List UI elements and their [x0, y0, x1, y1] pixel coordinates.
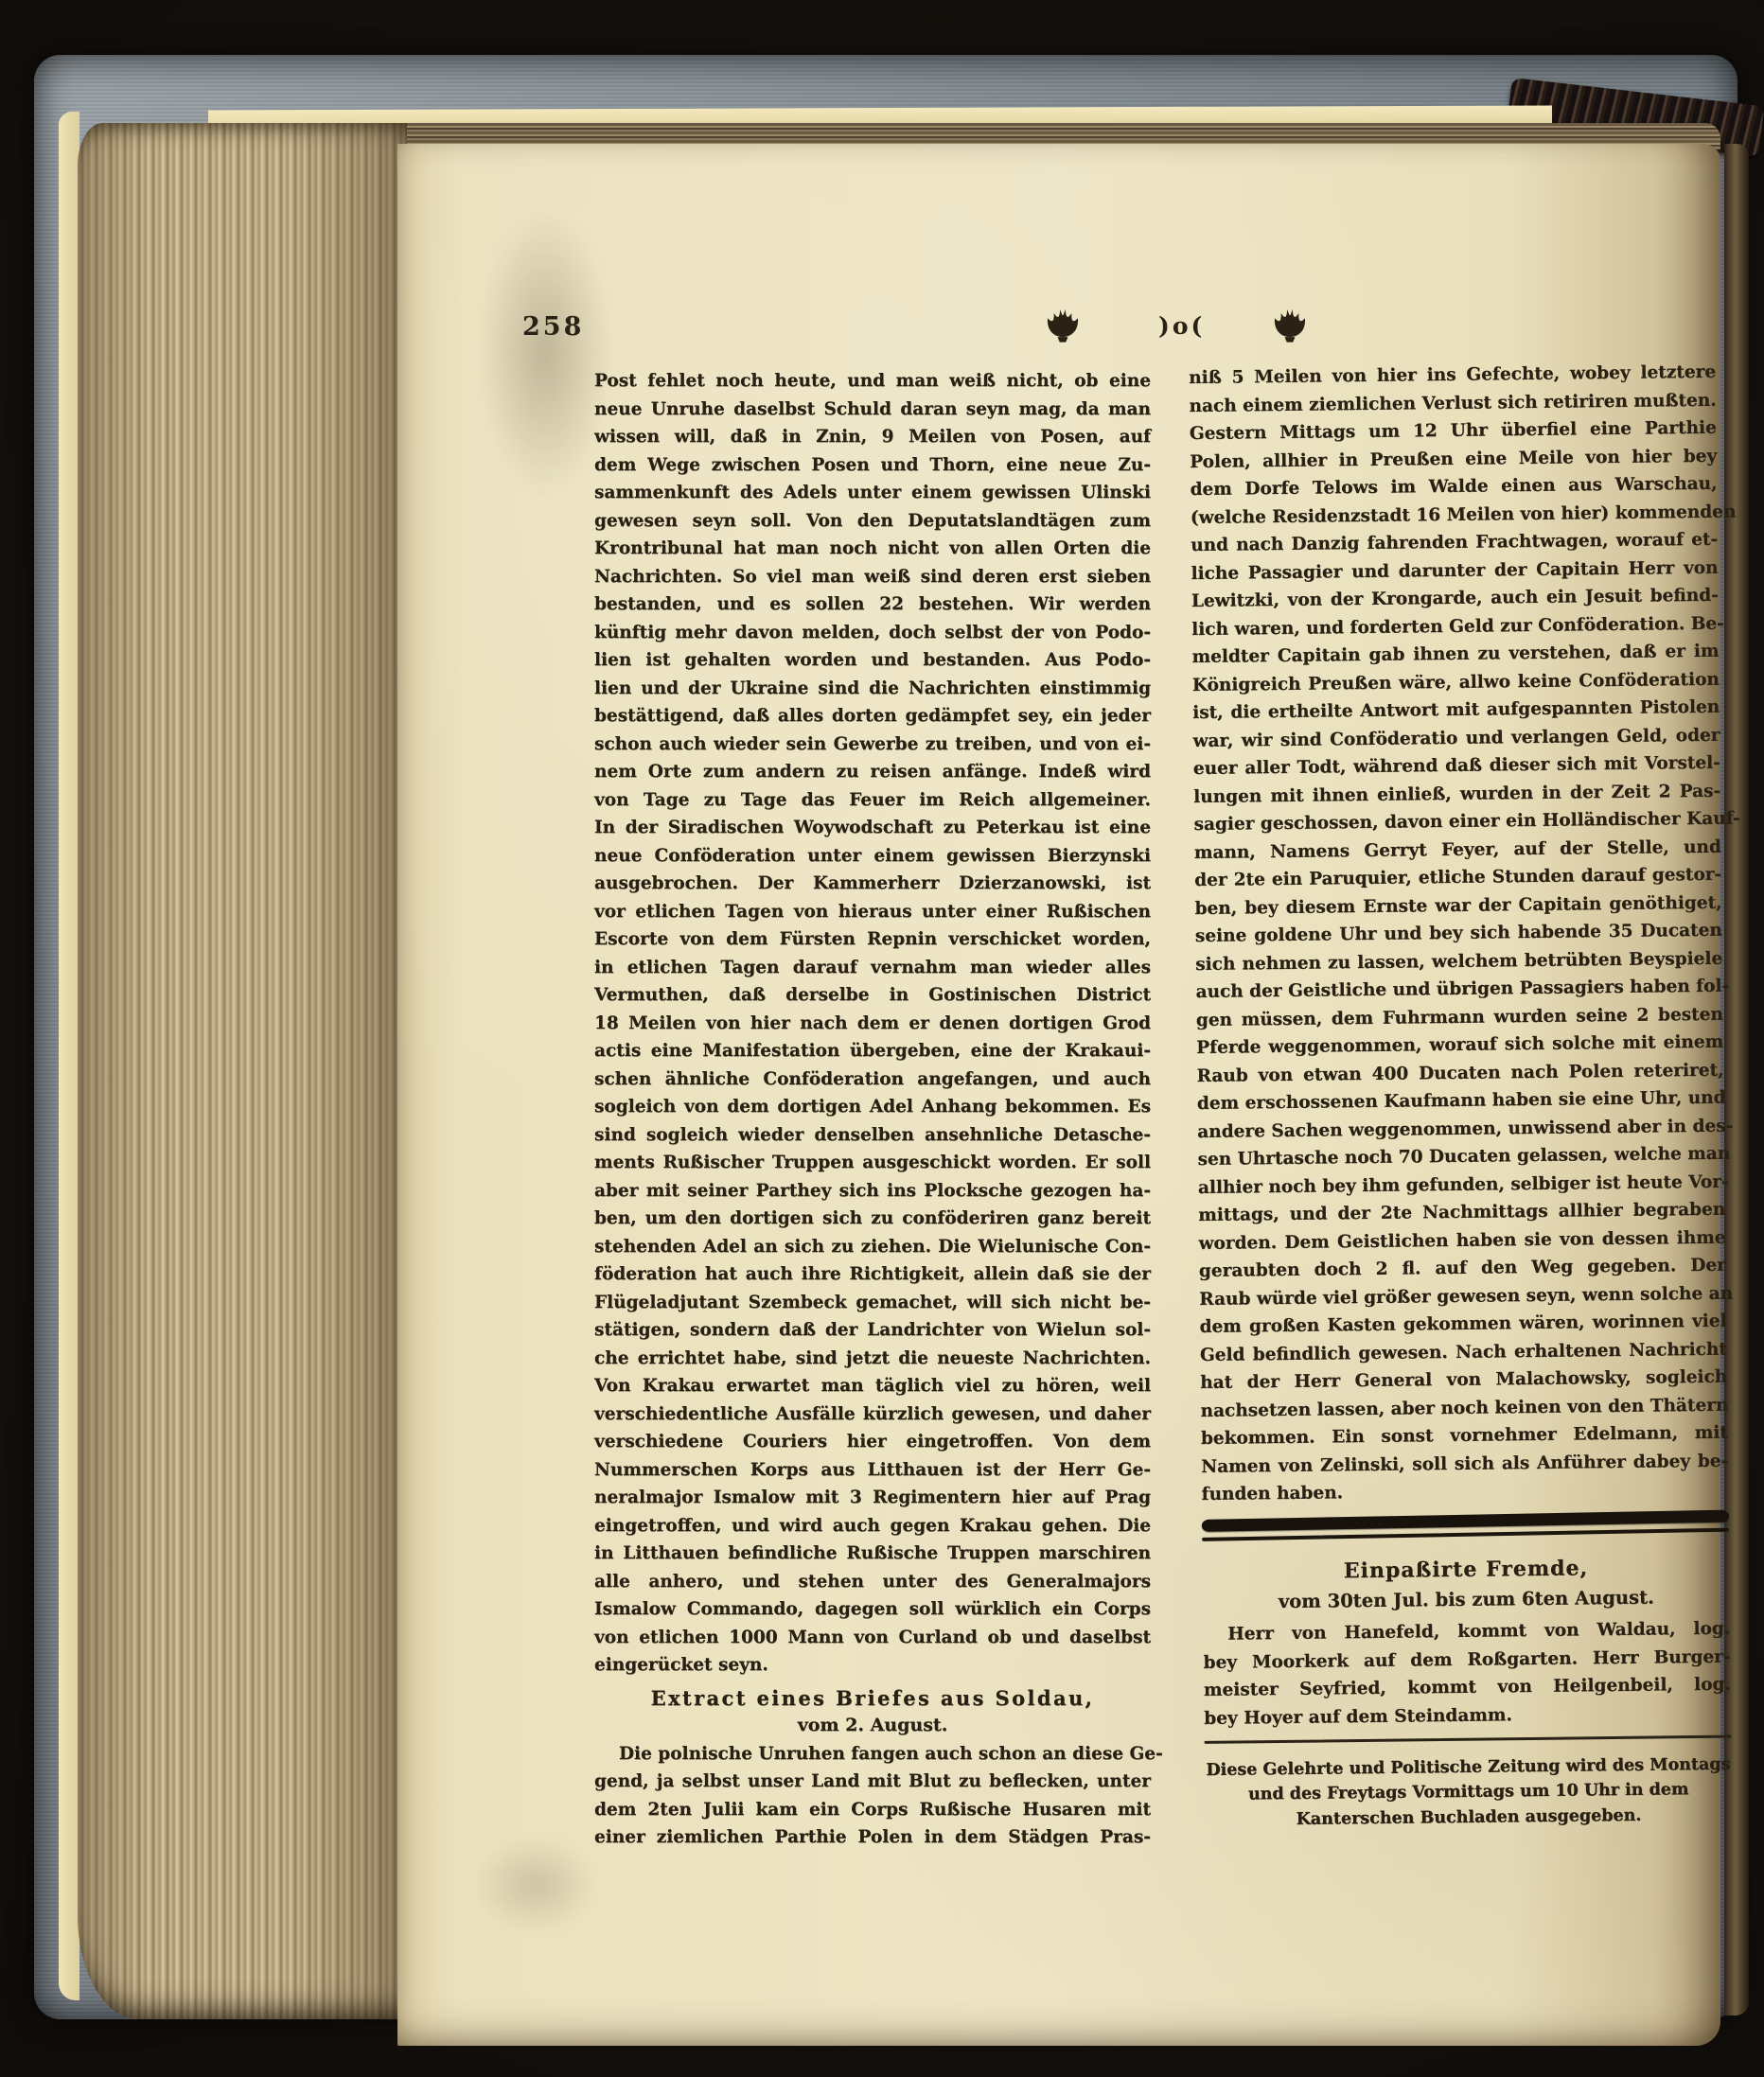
book-photo: 258 )o( Post fehlet noch heute, und man …: [0, 0, 1764, 2077]
text-line: meister Seyfried, kommt von Heilgenbeil,…: [1204, 1671, 1731, 1705]
text-line: verschiedene Couriers hier eingetroffen.…: [594, 1428, 1151, 1456]
shell-ornament-icon: [1041, 305, 1085, 346]
text-line: In der Siradischen Woywodschaft zu Peter…: [594, 814, 1151, 842]
text-line: Nummerschen Korps aus Litthauen ist der …: [594, 1456, 1151, 1485]
text-line: Von Krakau erwartet man täglich viel zu …: [594, 1372, 1151, 1400]
text-line: ben, um den dortigen sich zu conföderire…: [594, 1205, 1151, 1233]
text-line: neue Conföderation unter einem gewissen …: [594, 842, 1151, 871]
text-line: stehenden Adel an sich zu ziehen. Die Wi…: [594, 1233, 1151, 1261]
book-page: 258 )o( Post fehlet noch heute, und man …: [397, 144, 1720, 2046]
publication-notice: Diese Gelehrte und Politische Zeitung wi…: [1205, 1751, 1733, 1833]
text-line: föderation hat auch ihre Richtigkeit, al…: [594, 1260, 1151, 1289]
text-line: neue Unruhe daselbst Schuld daran seyn m…: [594, 396, 1151, 424]
text-line: neralmajor Ismalow mit 3 Regimentern hie…: [594, 1484, 1151, 1512]
text-line: sind sogleich wieder denselben ansehnlic…: [594, 1121, 1151, 1150]
text-line: actis eine Manifestation übergeben, eine…: [594, 1037, 1151, 1065]
arrivals-date-range: vom 30ten Jul. bis zum 6ten August.: [1203, 1584, 1730, 1615]
text-line: nem Orte zum andern zu reisen anfänge. I…: [594, 758, 1151, 786]
text-line: Escorte von dem Fürsten Repnin verschick…: [594, 925, 1151, 954]
text-line: einer ziemlichen Parthie Polen in dem St…: [594, 1823, 1151, 1852]
text-line: sammenkunft des Adels unter einem gewiss…: [594, 479, 1151, 507]
ink-smudge: [479, 210, 611, 494]
left-column-body: Post fehlet noch heute, und man weiß nic…: [594, 367, 1151, 1680]
text-line: alle anhero, und stehen unter des Genera…: [594, 1568, 1151, 1596]
text-line: lien und der Ukraine sind die Nachrichte…: [594, 675, 1151, 703]
endpaper-edge-left: [59, 112, 79, 2000]
text-line: Flügeladjutant Szembeck gemachet, will s…: [594, 1289, 1151, 1317]
ink-smudge: [473, 1838, 596, 1932]
text-line: 18 Meilen von hier nach dem er denen dor…: [594, 1010, 1151, 1038]
text-line: Ismalow Commando, dagegen soll würklich …: [594, 1595, 1151, 1624]
text-line: Nachrichten. So viel man weiß sind deren…: [594, 563, 1151, 591]
text-line: dem 2ten Julii kam ein Corps Rußische Hu…: [594, 1796, 1151, 1824]
text-line: Die polnische Unruhen fangen auch schon …: [594, 1740, 1151, 1769]
shell-ornament-icon: [1268, 305, 1312, 346]
arrivals-heading: Einpaßirte Fremde,: [1202, 1553, 1729, 1588]
text-line: bestättigend, daß alles dorten gedämpfet…: [594, 702, 1151, 730]
text-line: eingetroffen, und wird auch gegen Krakau…: [594, 1512, 1151, 1540]
letter-extract-body: Die polnische Unruhen fangen auch schon …: [594, 1740, 1151, 1852]
text-line: bestanden, und es sollen 22 bestehen. Wi…: [594, 590, 1151, 619]
text-line: Krontribunal hat man noch nicht von alle…: [594, 535, 1151, 563]
text-line: ausgebrochen. Der Kammerherr Dzierzanows…: [594, 870, 1151, 898]
text-line: aber mit seiner Parthey sich ins Plocksc…: [594, 1177, 1151, 1206]
text-line: che errichtet habe, sind jetzt die neues…: [594, 1345, 1151, 1373]
page-number: 258: [522, 312, 584, 342]
signature-mark: )o(: [1158, 312, 1205, 340]
right-column-body: niß 5 Meilen von hier ins Gefechte, wobe…: [1189, 359, 1729, 1509]
text-line: Namen von Zelinski, soll sich als Anführ…: [1201, 1447, 1728, 1481]
text-line: sogleich von dem dortigen Adel Anhang be…: [594, 1093, 1151, 1121]
text-line: in Litthauen befindliche Rußische Truppe…: [594, 1540, 1151, 1568]
text-line: lien ist gehalten worden und bestanden. …: [594, 646, 1151, 675]
text-line: vor etlichen Tagen von hieraus unter ein…: [594, 898, 1151, 926]
text-line: dem Wege zwischen Posen und Thorn, eine …: [594, 451, 1151, 480]
text-line: gend, ja selbst unser Land mit Blut zu b…: [594, 1768, 1151, 1796]
text-line: eingerücket seyn.: [594, 1651, 1151, 1680]
text-line: ments Rußischer Truppen ausgeschickt wor…: [594, 1149, 1151, 1177]
text-line: stätigen, sondern daß der Landrichter vo…: [594, 1316, 1151, 1345]
text-line: gewesen seyn soll. Von den Deputatslandt…: [594, 507, 1151, 536]
text-line: von etlichen 1000 Mann von Curland ob un…: [594, 1624, 1151, 1652]
letter-extract-date: vom 2. August.: [594, 1713, 1151, 1738]
text-line: künftig mehr davon melden, doch selbst d…: [594, 619, 1151, 647]
text-line: verschiedentliche Ausfälle kürzlich gewe…: [594, 1400, 1151, 1429]
text-line: funden haben.: [1201, 1475, 1728, 1509]
text-line: bey Hoyer auf dem Steindamm.: [1204, 1699, 1731, 1733]
text-line: Post fehlet noch heute, und man weiß nic…: [594, 367, 1151, 396]
arrivals-body: Herr von Hanefeld, kommt von Waldau, log…: [1203, 1615, 1731, 1733]
text-line: in etlichen Tagen darauf vernahm man wie…: [594, 954, 1151, 982]
notice-divider-rule: [1205, 1735, 1732, 1744]
text-line: von Tage zu Tage das Feuer im Reich allg…: [594, 786, 1151, 815]
fore-edge-page-stack: [78, 123, 411, 2019]
text-line: wissen will, daß in Znin, 9 Meilen von P…: [594, 423, 1151, 451]
letter-extract-heading: Extract eines Briefes aus Soldau,: [594, 1683, 1151, 1713]
left-text-column: Post fehlet noch heute, und man weiß nic…: [594, 367, 1151, 1852]
right-text-column: niß 5 Meilen von hier ins Gefechte, wobe…: [1189, 359, 1733, 1833]
text-line: schen ähnliche Conföderation angefangen,…: [594, 1065, 1151, 1094]
text-line: schon auch wieder sein Gewerbe zu treibe…: [594, 730, 1151, 759]
text-line: Vermuthen, daß derselbe in Gostinischen …: [594, 981, 1151, 1010]
